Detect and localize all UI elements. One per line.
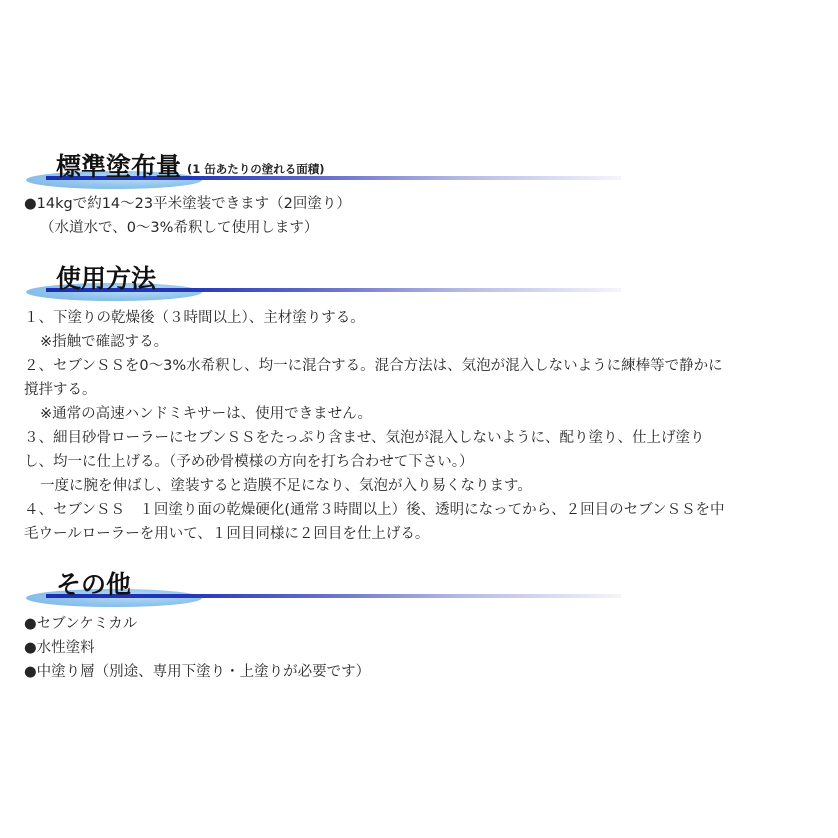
gradient-rule [46, 594, 621, 598]
usage-step-4: ４、セブンＳＳ １回塗り面の乾燥硬化(通常３時間以上）後、透明になってから、２回… [24, 500, 725, 520]
coverage-note: （水道水で、0～3%希釈して使用します） [40, 218, 318, 238]
usage-step-3: ３、細目砂骨ローラーにセブンＳＳをたっぷり含ませ、気泡が混入しないように、配り塗… [24, 428, 704, 448]
section-title: その他 [56, 570, 131, 600]
section-subtitle: (1 缶あたりの塗れる面積) [187, 162, 325, 176]
usage-note-2: ※通常の高速ハンドミキサーは、使用できません。 [40, 404, 372, 424]
usage-step-3-cont: し、均一に仕上げる。（予め砂骨模様の方向を打ち合わせて下さい。） [24, 452, 474, 472]
usage-step-4-cont: 毛ウールローラーを用いて、１回目同様に２回目を仕上げる。 [24, 524, 429, 544]
usage-step-2-cont: 撹拌する。 [24, 380, 97, 400]
usage-step-1: １、下塗りの乾燥後（３時間以上）、主材塗りする。 [24, 308, 365, 328]
coverage-line: ●14kgで約14～23平米塗装できます（2回塗り） [24, 194, 351, 214]
section-header-usage: 使用方法 [22, 264, 622, 304]
other-item-1: ●セブンケミカル [24, 614, 137, 634]
section-header-coverage: 標準塗布量(1 缶あたりの塗れる面積) [22, 152, 622, 192]
section-title-text: 標準塗布量 [56, 152, 181, 181]
usage-step-2: ２、セブンＳＳを0～3%水希釈し、均一に混合する。混合方法は、気泡が混入しないよ… [24, 356, 723, 376]
section-header-other: その他 [22, 570, 622, 610]
other-item-3: ●中塗り層（別途、専用下塗り・上塗りが必要です） [24, 662, 370, 682]
section-title: 使用方法 [56, 264, 156, 294]
usage-note-1: ※指触で確認する。 [40, 332, 168, 352]
other-item-2: ●水性塗料 [24, 638, 95, 658]
usage-note-3: 一度に腕を伸ばし、塗装すると造膜不足になり、気泡が入り易くなります。 [40, 476, 532, 496]
section-title: 標準塗布量(1 缶あたりの塗れる面積) [56, 152, 325, 184]
